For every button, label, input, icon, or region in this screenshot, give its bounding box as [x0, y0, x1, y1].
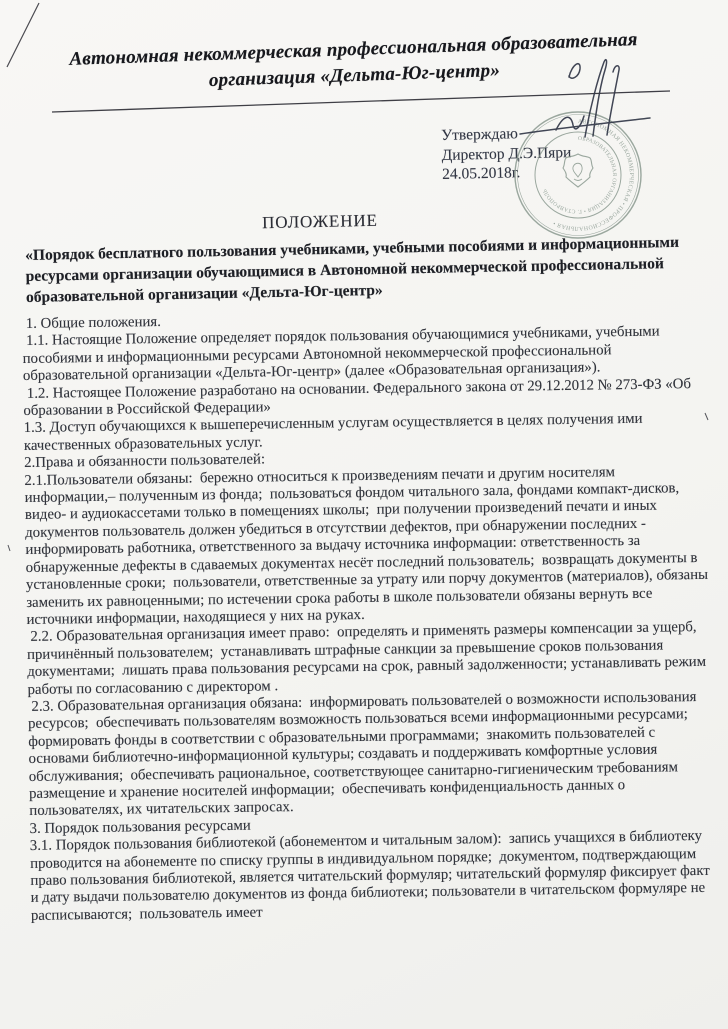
doc-body: 1. Общие положения. 1.1. Настоящие Полож…	[22, 306, 715, 925]
body-paragraph: 3.1. Порядок пользования библиотекой (аб…	[30, 828, 715, 925]
svg-text:АВТОНОМНАЯ НЕКОММЕРЧЕСКАЯ • ПР: АВТОНОМНАЯ НЕКОММЕРЧЕСКАЯ • ПРОФЕССИОНАЛ…	[552, 119, 634, 231]
document-page: Автономная некоммерческая профессиональн…	[0, 0, 728, 1029]
stamp-middle-circle	[535, 132, 621, 218]
org-header: Автономная некоммерческая профессиональн…	[0, 24, 719, 101]
stamp-outer-inner-circle	[518, 115, 639, 236]
stamp-emblem-shield	[563, 154, 593, 187]
body-paragraph: 2.2. Образовательная организация имеет п…	[27, 619, 712, 699]
doc-subject-title: «Порядок бесплатного пользования учебник…	[25, 231, 720, 308]
body-paragraph: 2.3. Образовательная организация обязана…	[28, 689, 714, 821]
stamp-outer-text: АВТОНОМНАЯ НЕКОММЕРЧЕСКАЯ • ПРОФЕССИОНАЛ…	[552, 119, 634, 231]
body-paragraph: 2.1.Пользователи обязаны: бережно относи…	[24, 462, 710, 629]
org-stamp-seal: АВТОНОМНАЯ НЕКОММЕРЧЕСКАЯ • ПРОФЕССИОНАЛ…	[512, 109, 644, 241]
scan-speck	[8, 545, 10, 551]
stamp-outer-circle	[515, 112, 641, 238]
